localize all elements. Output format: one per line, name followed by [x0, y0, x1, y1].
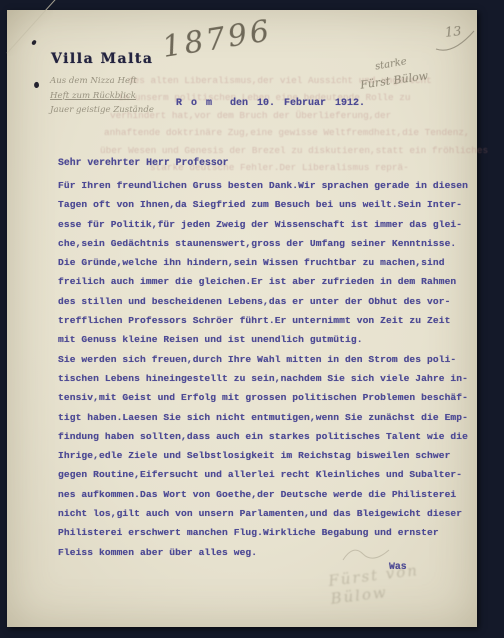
bleedthrough-line: des alten Liberalismus,der viel Aussicht… — [128, 72, 484, 89]
ink-blot — [33, 81, 39, 88]
body-line: des stillen und bescheidenen Lebens,das … — [58, 292, 468, 311]
body-line: Für Ihren freundlichen Gruss besten Dank… — [58, 176, 468, 195]
pencil-corner-note: starke — [374, 56, 407, 72]
signature-flourish — [337, 542, 397, 566]
letter-body: Für Ihren freundlichen Gruss besten Dank… — [58, 176, 468, 562]
body-line: gegen Routine,Eifersucht und allerlei re… — [58, 465, 468, 484]
body-line: tischen Lebens hineingestellt zu sein,na… — [58, 369, 468, 388]
bleedthrough-line: anhaftende doktrinäre Zug,eine gewisse W… — [104, 124, 484, 141]
body-line: Ihrige,edle Ziele und Selbstlosigkeit im… — [58, 446, 468, 465]
archive-stamp-number: 18796 — [160, 14, 275, 66]
body-line: nicht los,gilt auch von unsern Parlament… — [58, 504, 468, 523]
body-line: esse für Politik,für jeden Zweig der Wis… — [58, 215, 468, 234]
body-line: Philisterei erschwert manchen Flug.Wirkl… — [58, 523, 468, 542]
pencil-margin-notes: Aus dem Nizza Heft Heft zum Rückblick Ja… — [50, 74, 154, 118]
body-line: Die Gründe,welche ihn hindern,sein Wisse… — [58, 253, 468, 272]
page-number-underline-mark — [433, 28, 477, 54]
pencil-corner-note: Fürst Bülow — [359, 69, 428, 91]
body-line: nes aufkommen.Das Wort von Goethe,der De… — [58, 485, 468, 504]
pencil-note-line: Aus dem Nizza Heft — [50, 74, 154, 89]
body-line: tensiv,mit Geist und Erfolg mit grossen … — [58, 388, 468, 407]
body-line: tigt haben.Laesen Sie sich nicht entmuti… — [58, 408, 468, 427]
salutation: Sehr verehrter Herr Professor — [58, 157, 229, 168]
date-line: R o m den 10. Februar 1912. — [176, 98, 365, 109]
pencil-note-line: Jauer geistige Zustände — [50, 103, 154, 118]
body-line: Tagen oft von Ihnen,da Siegfried zum Bes… — [58, 195, 468, 214]
corner-fold-shade — [7, 10, 53, 56]
body-line: mit Genuss kleine Reisen und ist unendli… — [58, 330, 468, 349]
body-line: findung haben sollten,dass auch ein star… — [58, 427, 468, 446]
body-line: che,sein Gedächtnis staunenswert,gross d… — [58, 234, 468, 253]
body-line: Sie werden sich freuen,durch Ihre Wahl m… — [58, 350, 468, 369]
pencil-note-line: Heft zum Rückblick — [50, 89, 154, 104]
body-line: trefflichen Professors Schröer führt.Er … — [58, 311, 468, 330]
letterhead-villa-malta: Villa Malta — [51, 51, 153, 67]
body-line: freilich auch immer die gleichen.Er ist … — [58, 272, 468, 291]
scanned-letter-background: des alten Liberalismus,der viel Aussicht… — [0, 0, 504, 638]
bleedthrough-line: verhindert hat,vor dem Bruch der Überlie… — [110, 107, 484, 124]
letter-page: des alten Liberalismus,der viel Aussicht… — [7, 10, 477, 627]
body-line: Fleiss kommen aber über alles weg. — [58, 543, 468, 562]
